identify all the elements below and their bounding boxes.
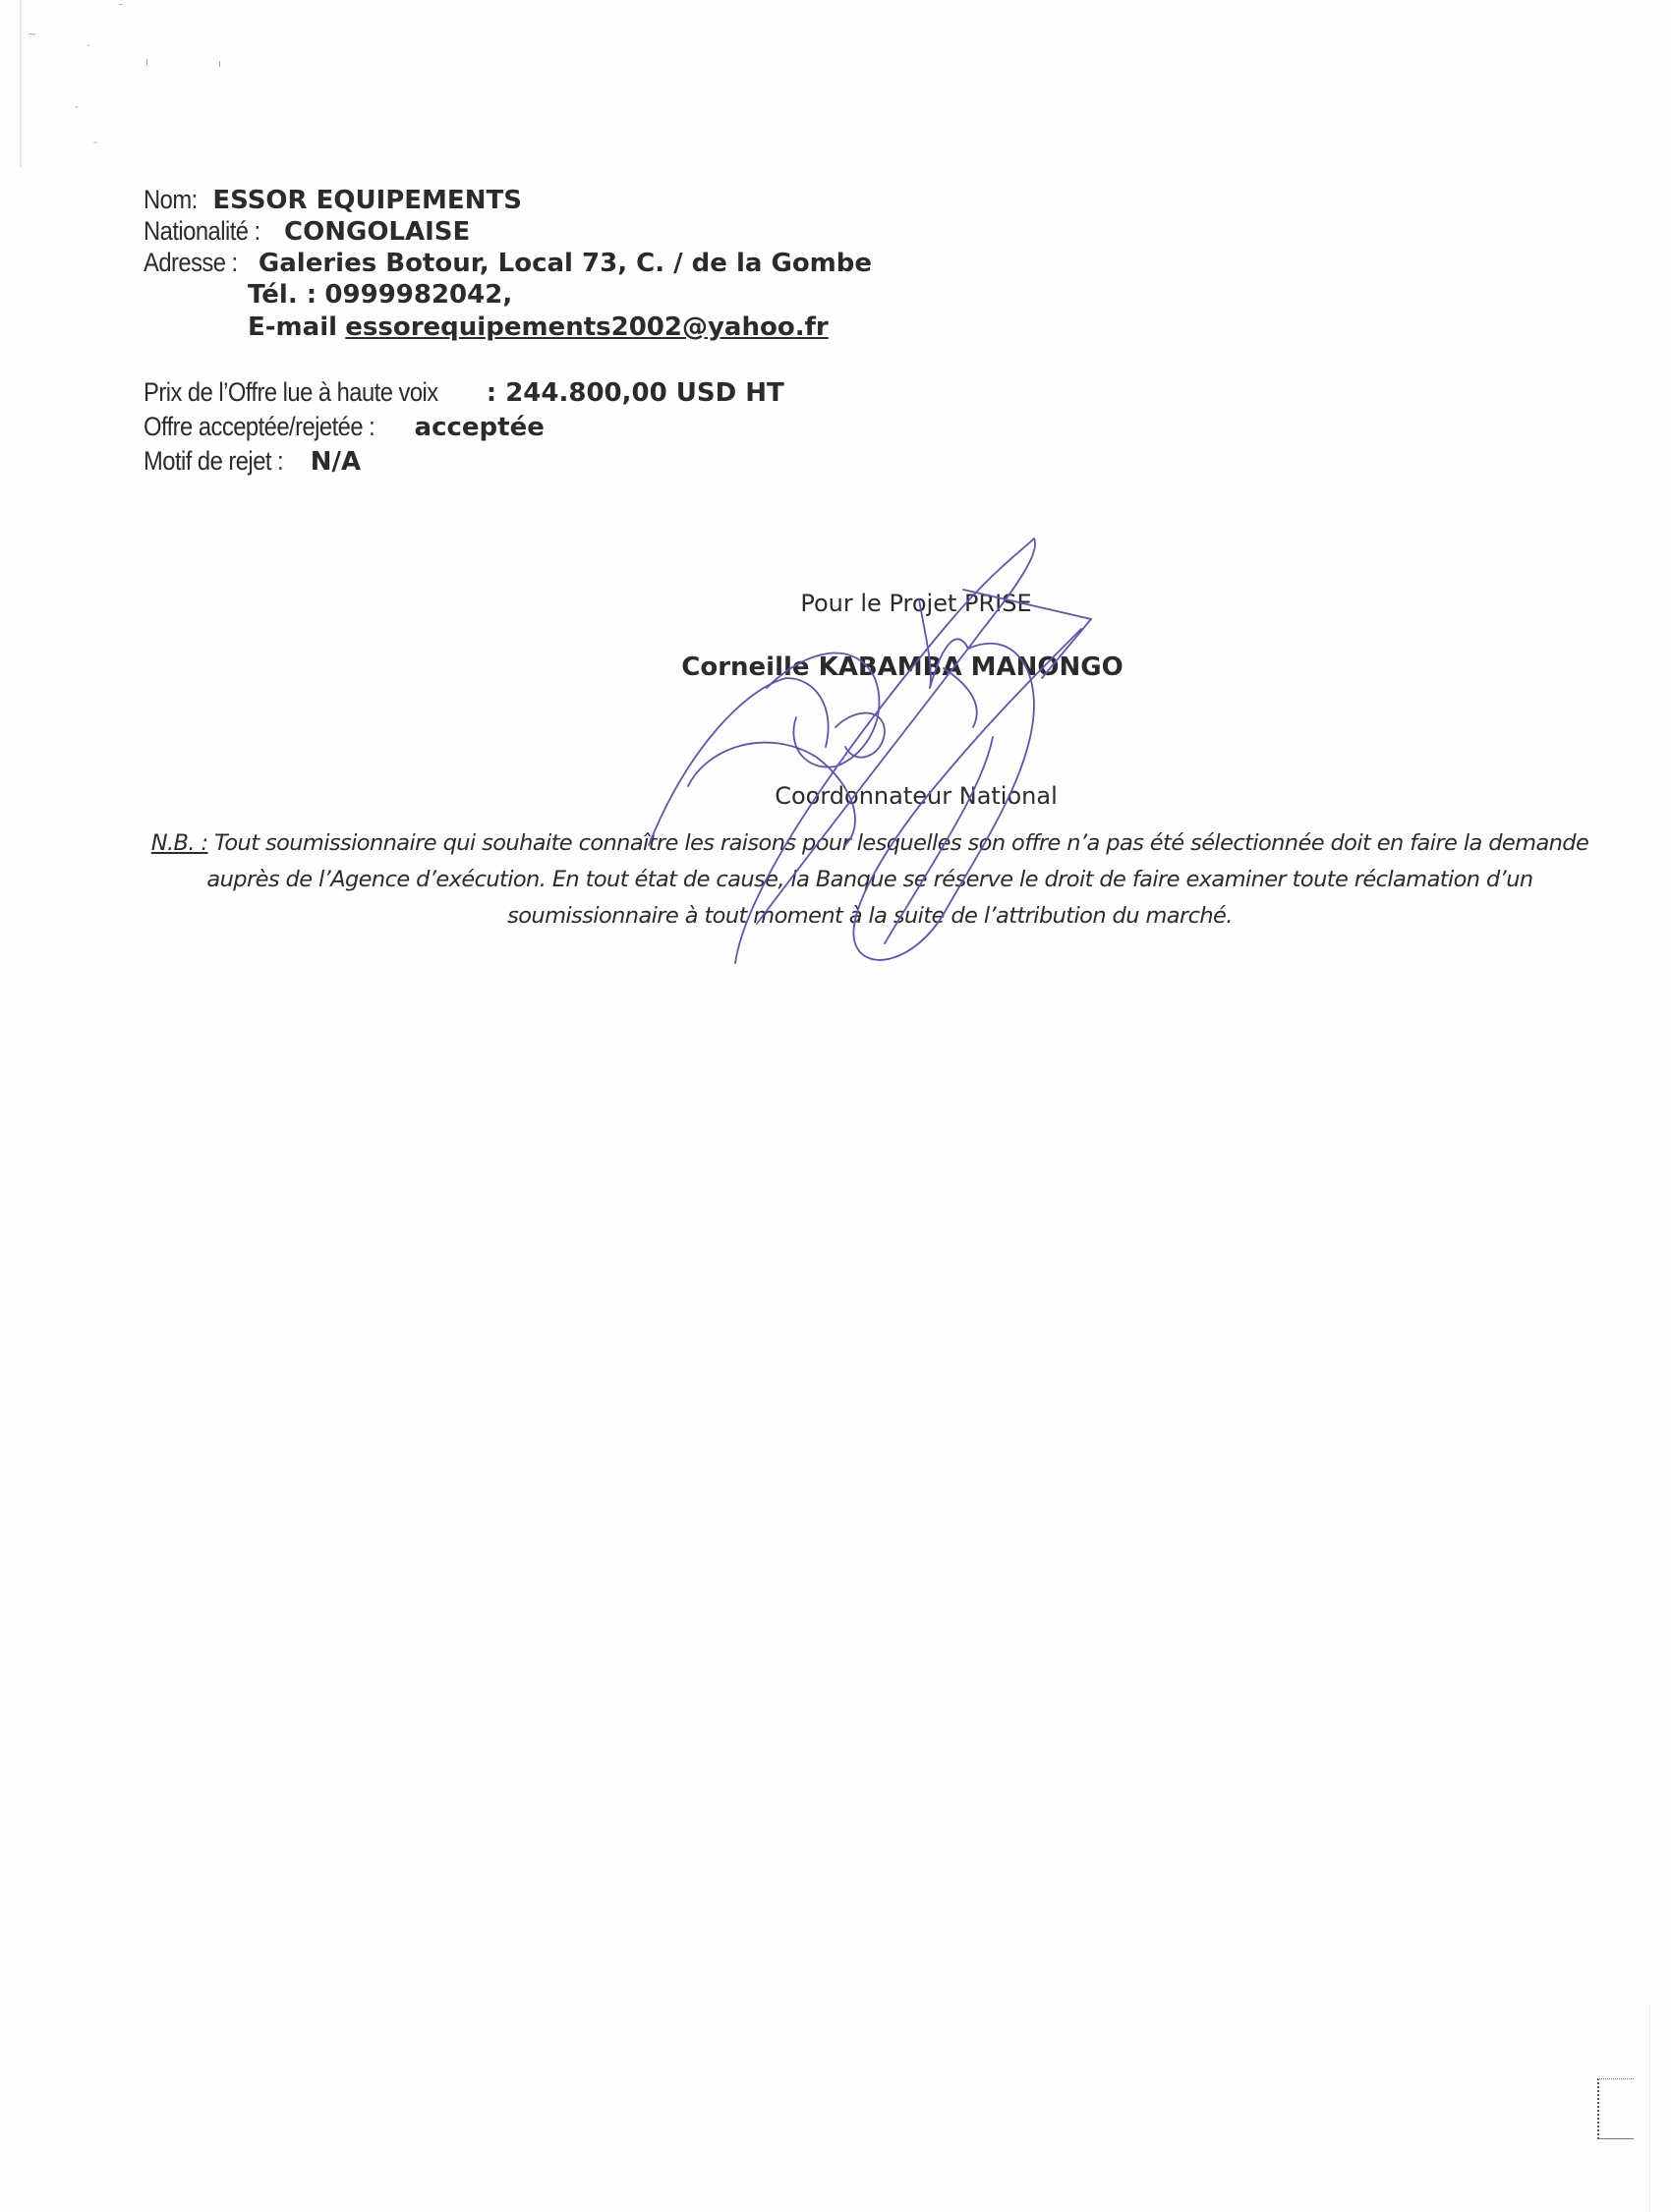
phone-line: Tél. : 0999982042, (248, 282, 512, 308)
scan-speck: ı (145, 55, 148, 68)
rejection-reason-line: Motif de rejet : N/A (144, 448, 361, 475)
address-value: Galeries Botour, Local 73, C. / de la Go… (259, 249, 872, 278)
email-line: E-mail essorequipements2002@yahoo.fr (248, 314, 829, 340)
phone-label: Tél. : (248, 280, 317, 310)
name-label: Nom: (144, 187, 198, 213)
signer-title: Coordonnateur National (0, 782, 1671, 810)
nationality-value: CONGOLAISE (284, 217, 470, 247)
email-link[interactable]: essorequipements2002@yahoo.fr (345, 312, 828, 342)
bidder-name-line: Nom: ESSOR EQUIPEMENTS (144, 187, 522, 213)
status-label: Offre acceptée/rejetée : (144, 414, 375, 440)
nationality-line: Nationalité : CONGOLAISE (144, 218, 470, 245)
address-line: Adresse : Galeries Botour, Local 73, C. … (144, 250, 872, 276)
scan-speck: ~ (28, 28, 36, 40)
signer-name: Corneille KABAMBA MANONGO (0, 652, 1671, 682)
price-label: Prix de l’Offre lue à haute voix (144, 379, 438, 406)
status-value: acceptée (415, 413, 545, 442)
scan-speck: ı (218, 57, 221, 70)
scan-speck: - (93, 136, 97, 148)
offer-price-line: Prix de l’Offre lue à haute voix : 244.8… (144, 379, 784, 406)
nb-text: Tout soumissionnaire qui souhaite connaî… (206, 830, 1588, 929)
scanned-page: ~ ¯ · ı ı - - Nom: ESSOR EQUIPEMENTS Nat… (0, 0, 1671, 2212)
scan-corner-mark (1597, 2078, 1634, 2139)
rejection-value: N/A (311, 447, 361, 477)
address-label: Adresse : (144, 250, 238, 276)
offer-status-line: Offre acceptée/rejetée : acceptée (144, 414, 545, 440)
phone-value: 0999982042, (324, 280, 512, 310)
scan-speck: · (86, 39, 90, 52)
nb-note: N.B. : Tout soumissionnaire qui souhaite… (147, 825, 1592, 935)
scan-speck: - (75, 100, 79, 113)
nb-label: N.B. : (151, 830, 208, 856)
scan-speck: ¯ (118, 2, 124, 15)
rejection-label: Motif de rejet : (144, 448, 283, 475)
for-project-text: Pour le Projet PRISE (0, 590, 1671, 617)
bidder-name: ESSOR EQUIPEMENTS (212, 186, 522, 215)
nationality-label: Nationalité : (144, 218, 260, 245)
email-label: E-mail (248, 312, 337, 342)
price-value: : 244.800,00 USD HT (487, 378, 784, 408)
scan-edge-mark (1649, 2005, 1650, 2212)
scan-edge-mark (20, 0, 22, 167)
